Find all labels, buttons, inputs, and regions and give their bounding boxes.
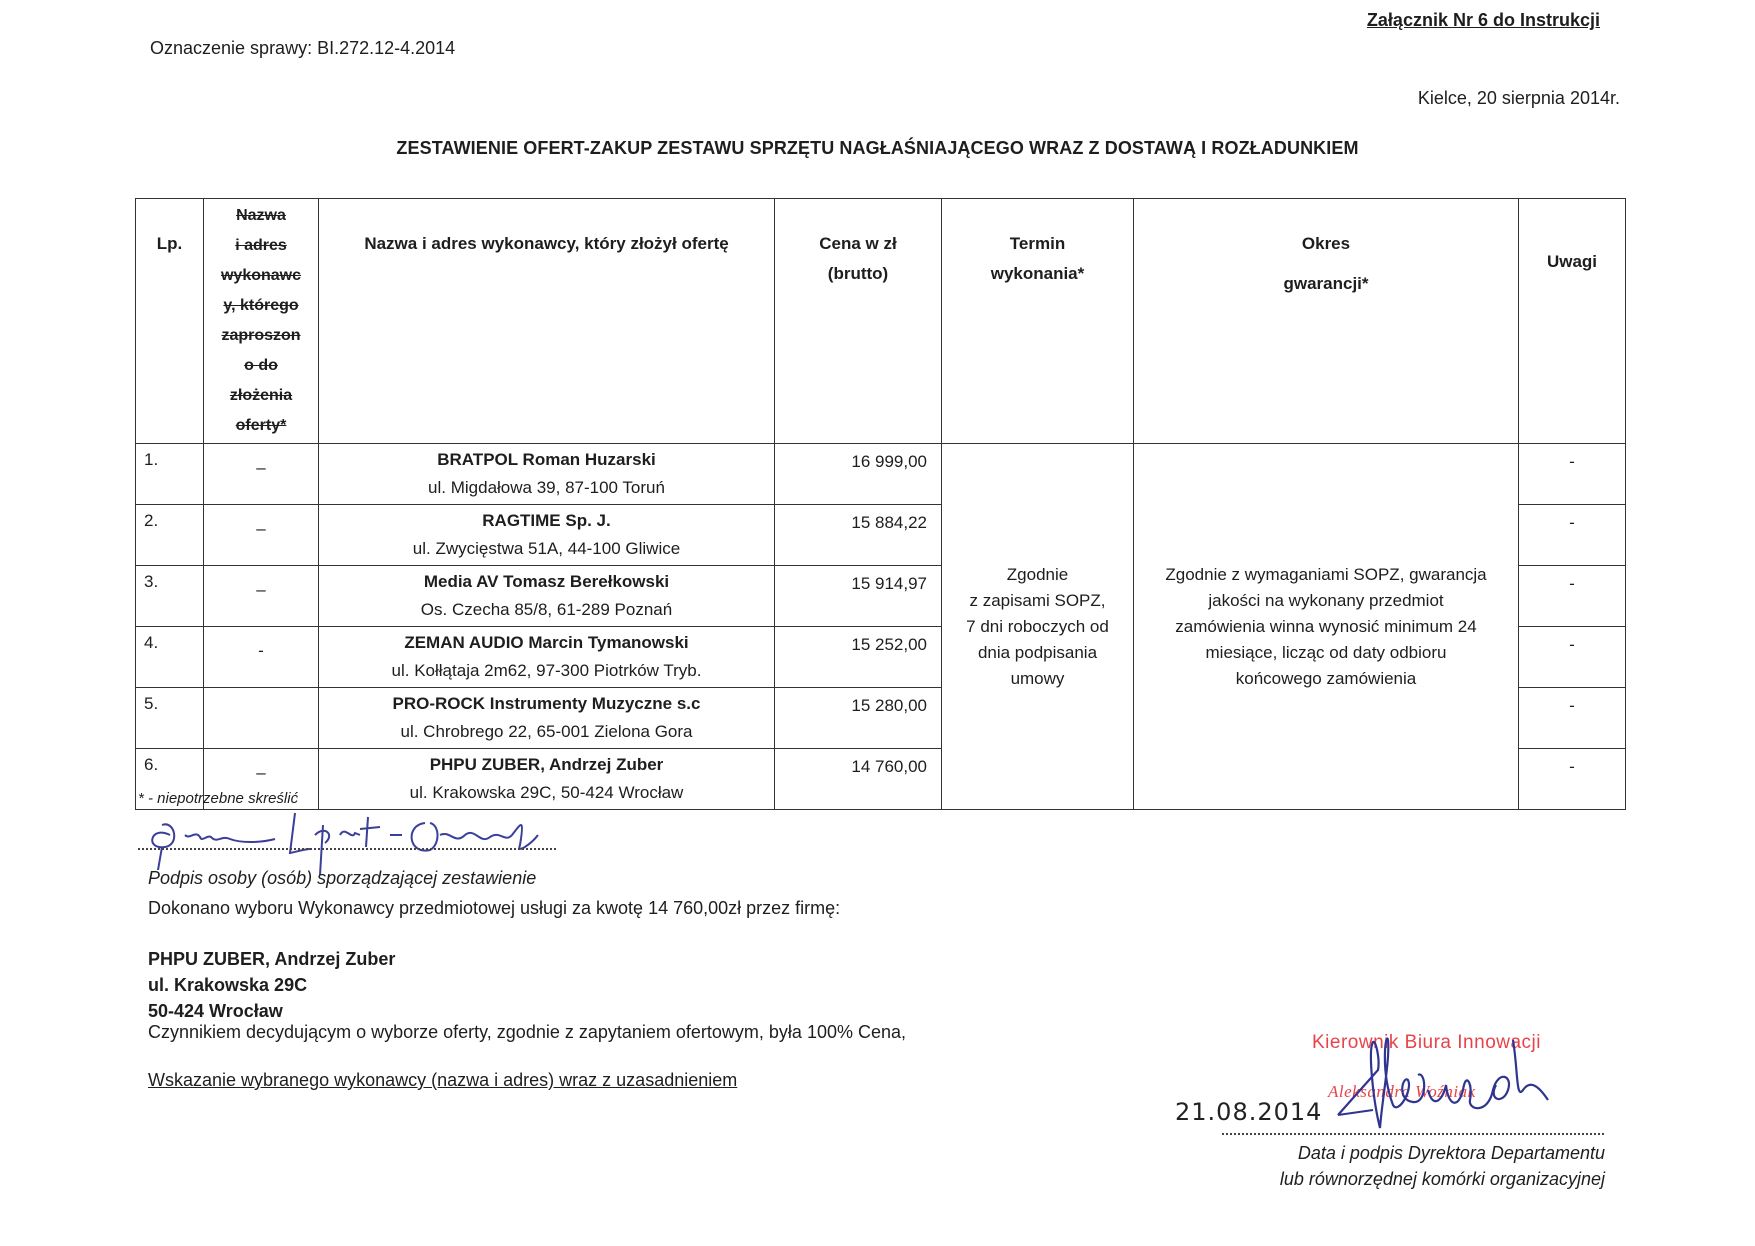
- column-header-contractor: Nazwa i adres wykonawcy, który złożył of…: [319, 199, 775, 444]
- contractor-name: RAGTIME Sp. J.: [323, 507, 770, 535]
- row-invited: -: [204, 627, 319, 688]
- price-header-line: (brutto): [781, 259, 935, 289]
- term-header-line: wykonania*: [948, 259, 1127, 289]
- warranty-line: zamówienia winna wynosić minimum 24: [1144, 614, 1508, 640]
- row-remarks: -: [1519, 749, 1626, 810]
- row-contractor: PRO-ROCK Instrumenty Muzyczne s.c ul. Ch…: [319, 688, 775, 749]
- contractor-address: ul. Kołłątaja 2m62, 97-300 Piotrków Tryb…: [323, 657, 770, 685]
- offers-table: Lp. Nazwa i adres wykonawc y, którego za…: [135, 198, 1626, 810]
- director-signature-label: Data i podpis Dyrektora Departamentu lub…: [1280, 1140, 1605, 1192]
- struck-line: zaproszon: [206, 321, 316, 351]
- indication-heading: Wskazanie wybranego wykonawcy (nazwa i a…: [148, 1070, 737, 1091]
- struck-line: złożenia: [206, 381, 316, 411]
- director-signature-line: [1222, 1125, 1604, 1135]
- contractor-address: ul. Krakowska 29C, 50-424 Wrocław: [323, 779, 770, 807]
- row-contractor: RAGTIME Sp. J. ul. Zwycięstwa 51A, 44-10…: [319, 505, 775, 566]
- struck-line: i adres: [206, 231, 316, 261]
- warranty-line: końcowego zamówienia: [1144, 666, 1508, 692]
- row-number: 3.: [136, 566, 204, 627]
- table-row: 1. – BRATPOL Roman Huzarski ul. Migdałow…: [136, 444, 1626, 505]
- row-price: 15 252,00: [775, 627, 942, 688]
- term-of-execution: Zgodniez zapisami SOPZ,7 dni roboczych o…: [942, 444, 1134, 810]
- warranty-header-line: gwarancji*: [1140, 269, 1512, 299]
- winner-line: ul. Krakowska 29C: [148, 972, 395, 998]
- director-signature: [1318, 1030, 1578, 1135]
- row-remarks: -: [1519, 688, 1626, 749]
- selected-contractor: PHPU ZUBER, Andrzej Zuber ul. Krakowska …: [148, 946, 395, 1024]
- struck-line: Nazwa: [206, 201, 316, 231]
- term-line: z zapisami SOPZ,: [952, 588, 1123, 614]
- row-number: 5.: [136, 688, 204, 749]
- preparer-signature-line: [138, 838, 556, 850]
- warranty-header-line: Okres: [1140, 229, 1512, 259]
- warranty-period: Zgodnie z wymaganiami SOPZ, gwarancjajak…: [1134, 444, 1519, 810]
- struck-line: o do: [206, 351, 316, 381]
- winner-line: 50-424 Wrocław: [148, 998, 395, 1024]
- warranty-line: miesiące, licząc od daty odbioru: [1144, 640, 1508, 666]
- contractor-address: ul. Migdałowa 39, 87-100 Toruń: [323, 474, 770, 502]
- price-header-line: Cena w zł: [781, 229, 935, 259]
- warranty-line: jakości na wykonany przedmiot: [1144, 588, 1508, 614]
- row-contractor: Media AV Tomasz Berełkowski Os. Czecha 8…: [319, 566, 775, 627]
- preparer-signature-label: Podpis osoby (osób) sporządzającej zesta…: [148, 868, 536, 889]
- decisive-factor: Czynnikiem decydującym o wyborze oferty,…: [148, 1022, 906, 1043]
- row-remarks: -: [1519, 627, 1626, 688]
- row-price: 14 760,00: [775, 749, 942, 810]
- term-line: 7 dni roboczych od: [952, 614, 1123, 640]
- term-header-line: Termin: [948, 229, 1127, 259]
- contractor-address: ul. Zwycięstwa 51A, 44-100 Gliwice: [323, 535, 770, 563]
- contractor-name: PRO-ROCK Instrumenty Muzyczne s.c: [323, 690, 770, 718]
- winner-line: PHPU ZUBER, Andrzej Zuber: [148, 946, 395, 972]
- table-header-row: Lp. Nazwa i adres wykonawc y, którego za…: [136, 199, 1626, 444]
- row-price: 16 999,00: [775, 444, 942, 505]
- contractor-address: ul. Chrobrego 22, 65-001 Zielona Gora: [323, 718, 770, 746]
- term-line: umowy: [952, 666, 1123, 692]
- column-header-remarks: Uwagi: [1519, 199, 1626, 444]
- row-invited: –: [204, 566, 319, 627]
- annex-label: Załącznik Nr 6 do Instrukcji: [1367, 10, 1600, 31]
- contractor-address: Os. Czecha 85/8, 61-289 Poznań: [323, 596, 770, 624]
- row-remarks: -: [1519, 566, 1626, 627]
- column-header-invited-struck: Nazwa i adres wykonawc y, którego zapros…: [204, 199, 319, 444]
- row-remarks: -: [1519, 505, 1626, 566]
- handwritten-date: 21.08.2014: [1175, 1098, 1322, 1126]
- place-and-date: Kielce, 20 sierpnia 2014r.: [1418, 88, 1620, 109]
- row-invited: –: [204, 505, 319, 566]
- column-header-price: Cena w zł (brutto): [775, 199, 942, 444]
- warranty-line: Zgodnie z wymaganiami SOPZ, gwarancja: [1144, 562, 1508, 588]
- row-number: 2.: [136, 505, 204, 566]
- row-number: 4.: [136, 627, 204, 688]
- director-label-line: Data i podpis Dyrektora Departamentu: [1280, 1140, 1605, 1166]
- row-number: 1.: [136, 444, 204, 505]
- row-remarks: -: [1519, 444, 1626, 505]
- column-header-warranty: Okres gwarancji*: [1134, 199, 1519, 444]
- term-line: dnia podpisania: [952, 640, 1123, 666]
- director-label-line: lub równorzędnej komórki organizacyjnej: [1280, 1166, 1605, 1192]
- row-invited: –: [204, 444, 319, 505]
- contractor-name: Media AV Tomasz Berełkowski: [323, 568, 770, 596]
- column-header-term: Termin wykonania*: [942, 199, 1134, 444]
- term-line: Zgodnie: [952, 562, 1123, 588]
- struck-line: oferty*: [206, 411, 316, 441]
- case-reference: Oznaczenie sprawy: BI.272.12-4.2014: [150, 38, 455, 59]
- column-header-lp: Lp.: [136, 199, 204, 444]
- row-contractor: ZEMAN AUDIO Marcin Tymanowski ul. Kołłąt…: [319, 627, 775, 688]
- row-contractor: BRATPOL Roman Huzarski ul. Migdałowa 39,…: [319, 444, 775, 505]
- contractor-name: PHPU ZUBER, Andrzej Zuber: [323, 751, 770, 779]
- contractor-name: ZEMAN AUDIO Marcin Tymanowski: [323, 629, 770, 657]
- row-price: 15 914,97: [775, 566, 942, 627]
- struck-line: y, którego: [206, 291, 316, 321]
- row-price: 15 884,22: [775, 505, 942, 566]
- selection-statement: Dokonano wyboru Wykonawcy przedmiotowej …: [148, 898, 840, 919]
- contractor-name: BRATPOL Roman Huzarski: [323, 446, 770, 474]
- document-title: ZESTAWIENIE OFERT-ZAKUP ZESTAWU SPRZĘTU …: [0, 138, 1755, 159]
- struck-line: wykonawc: [206, 261, 316, 291]
- row-price: 15 280,00: [775, 688, 942, 749]
- row-invited: [204, 688, 319, 749]
- row-contractor: PHPU ZUBER, Andrzej Zuber ul. Krakowska …: [319, 749, 775, 810]
